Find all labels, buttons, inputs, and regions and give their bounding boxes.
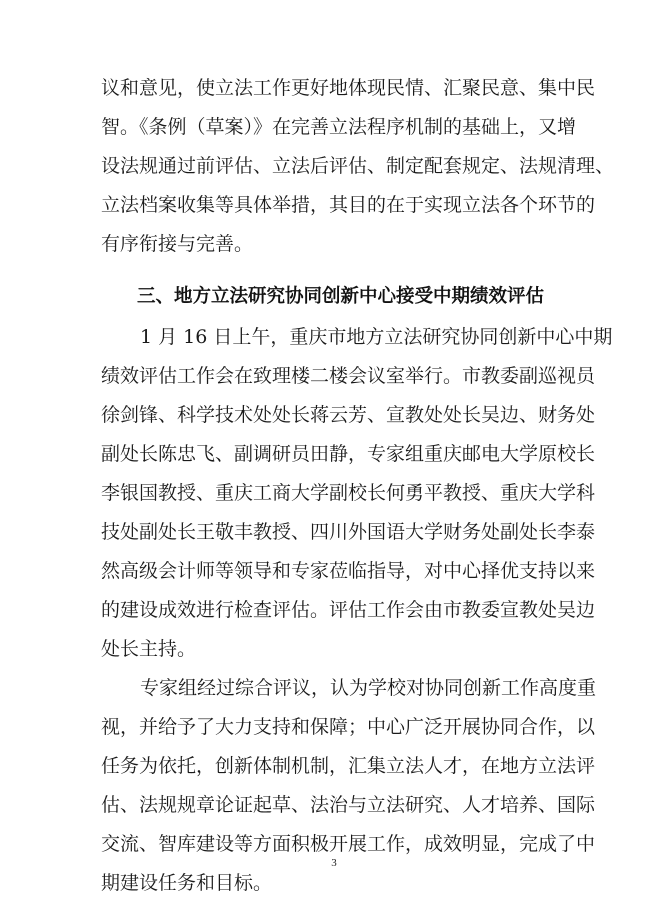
paragraph-line: 李银国教授、重庆工商大学副校长何勇平教授、重庆大学科	[101, 478, 569, 508]
paragraph-line: 专家组经过综合评议，认为学校对协同创新工作高度重	[140, 673, 569, 703]
section-heading: 三、地方立法研究协同创新中心接受中期绩效评估	[137, 282, 537, 312]
page-number: 3	[0, 857, 668, 869]
paragraph-line: 的建设成效进行检查评估。评估工作会由市教委宣教处吴边	[101, 595, 569, 625]
paragraph-line: 视，并给予了大力支持和保障；中心广泛开展协同合作，以	[101, 712, 569, 742]
paragraph-line: 估、法规规章论证起草、法治与立法研究、人才培养、国际	[101, 790, 569, 820]
paragraph-line: 1 月 16 日上午，重庆市地方立法研究协同创新中心中期	[140, 322, 569, 352]
paragraph-line: 然高级会计师等领导和专家莅临指导，对中心择优支持以来	[101, 556, 569, 586]
paragraph-line: 副处长陈忠飞、副调研员田静，专家组重庆邮电大学原校长	[101, 439, 569, 469]
paragraph-line: 智。《条例（草案）》在完善立法程序机制的基础上，又增	[101, 112, 569, 142]
paragraph-line: 徐剑锋、科学技术处处长蒋云芳、宣教处处长吴边、财务处	[101, 400, 569, 430]
paragraph-line: 设法规通过前评估、立法后评估、制定配套规定、法规清理、	[101, 151, 569, 181]
document-page: 议和意见，使立法工作更好地体现民情、汇聚民意、集中民 智。《条例（草案）》在完善…	[0, 0, 668, 923]
paragraph-line: 任务为依托，创新体制机制，汇集立法人才，在地方立法评	[101, 751, 569, 781]
paragraph-line: 技处副处长王敬丰教授、四川外国语大学财务处副处长李泰	[101, 517, 569, 547]
paragraph-line: 交流、智库建设等方面积极开展工作，成效明显，完成了中	[101, 829, 569, 859]
paragraph-line: 绩效评估工作会在致理楼二楼会议室举行。市教委副巡视员	[101, 361, 569, 391]
paragraph-line: 处长主持。	[101, 634, 569, 664]
paragraph-line: 议和意见，使立法工作更好地体现民情、汇聚民意、集中民	[101, 73, 569, 103]
paragraph-line: 立法档案收集等具体举措，其目的在于实现立法各个环节的	[101, 190, 569, 220]
paragraph-line: 期建设任务和目标。	[101, 868, 569, 898]
paragraph-line: 有序衔接与完善。	[101, 229, 569, 259]
